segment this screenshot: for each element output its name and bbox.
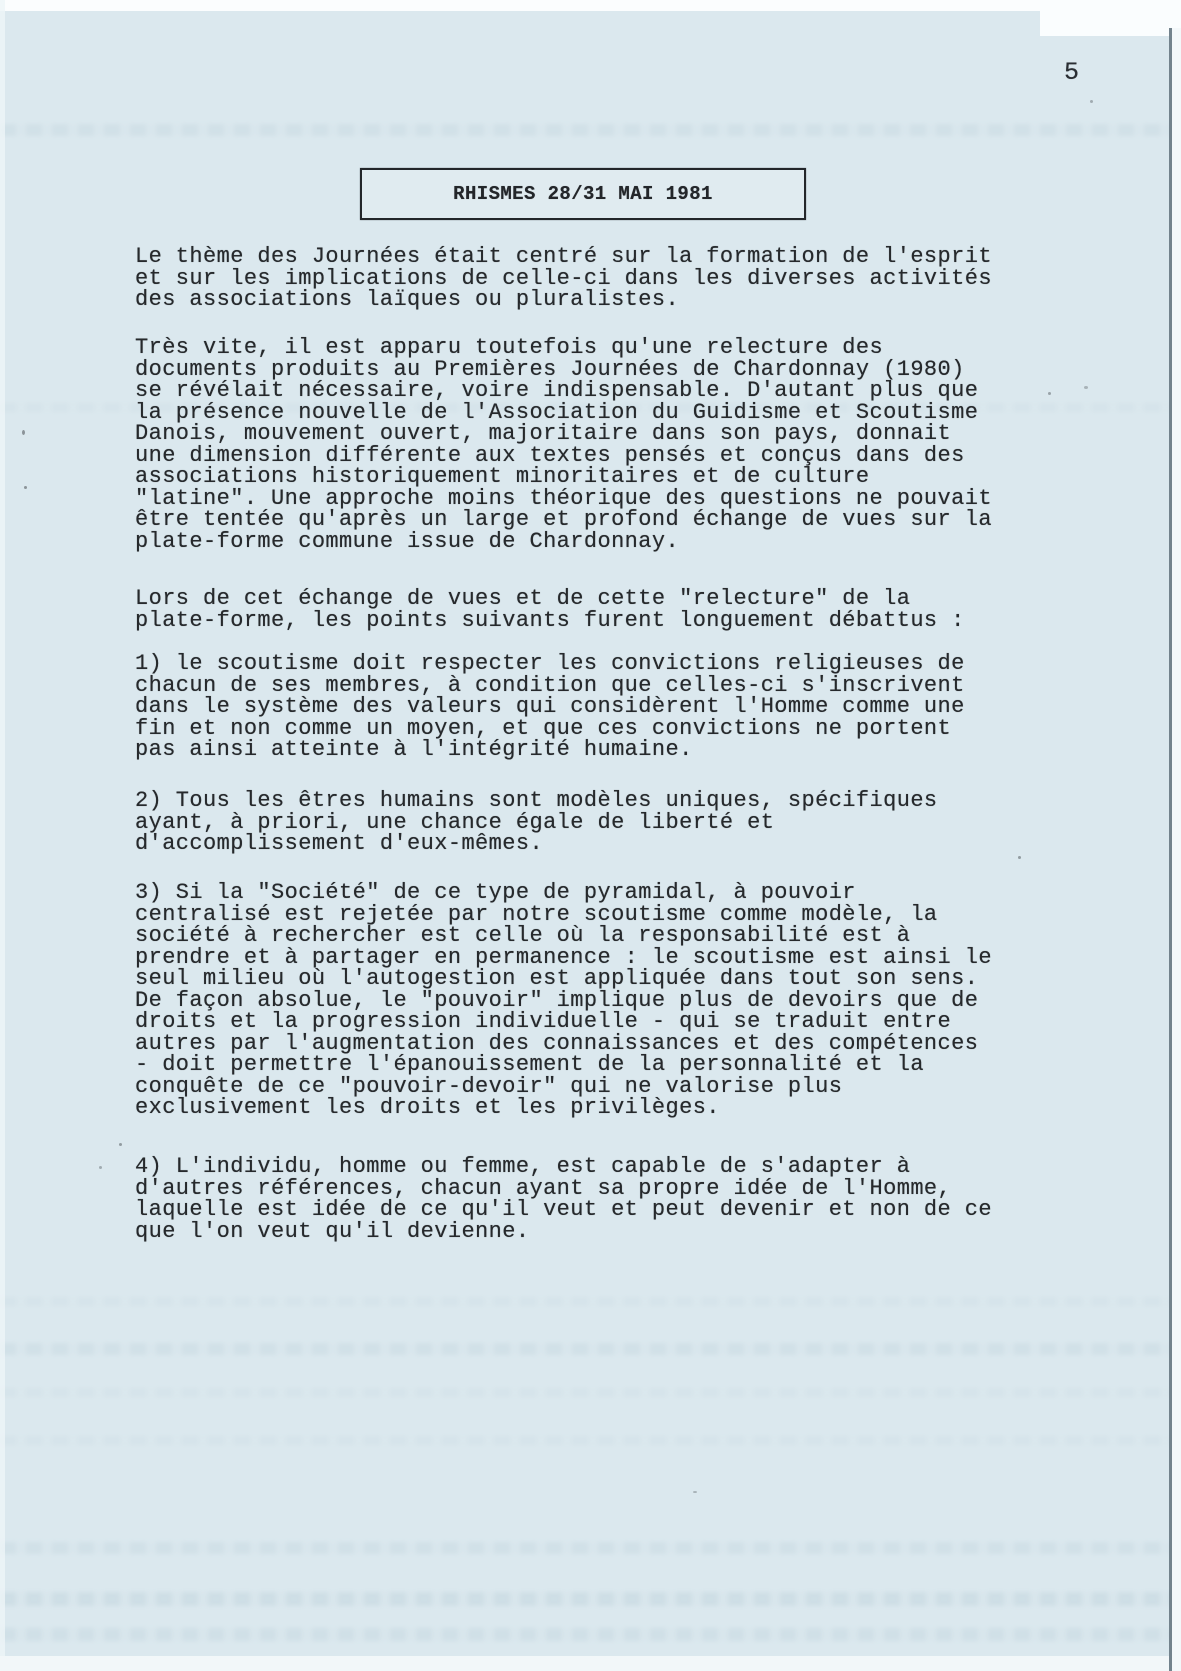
- scan-corner-top-right: [1040, 0, 1181, 36]
- dust-speck: [1018, 856, 1021, 859]
- scan-streak: [0, 1436, 1181, 1445]
- paragraph-point-1: 1) le scoutisme doit respecter les convi…: [135, 653, 1035, 761]
- paragraph-lead-in: Lors de cet échange de vues et de cette …: [135, 588, 1035, 631]
- scan-edge-right-line: [1169, 28, 1172, 1671]
- dust-speck: [1048, 392, 1051, 395]
- scan-streak: [0, 1297, 1181, 1306]
- scan-edge-bottom: [0, 1656, 1181, 1671]
- dust-speck: [693, 1491, 697, 1493]
- scan-streak: [0, 1592, 1181, 1606]
- page-number: 5: [1064, 58, 1079, 87]
- scan-streak: [0, 124, 1181, 136]
- dust-speck: [1084, 386, 1088, 389]
- paragraph-intro: Le thème des Journées était centré sur l…: [135, 246, 1035, 311]
- dust-speck: [22, 430, 25, 435]
- scan-edge-right: [1172, 28, 1181, 1671]
- scan-streak: [0, 1542, 1181, 1554]
- scan-edge-top: [0, 0, 1181, 11]
- document-page: 5 RHISMES 28/31 MAI 1981 Le thème des Jo…: [0, 0, 1181, 1671]
- dust-speck: [119, 1143, 122, 1146]
- scan-streak: [0, 1628, 1181, 1641]
- dust-speck: [99, 1166, 102, 1169]
- document-title: RHISMES 28/31 MAI 1981: [453, 183, 713, 205]
- paragraph-point-4: 4) L'individu, homme ou femme, est capab…: [135, 1156, 1035, 1242]
- scan-streak: [0, 1388, 1181, 1397]
- paragraph-context: Très vite, il est apparu toutefois qu'un…: [135, 337, 1035, 552]
- dust-speck: [24, 486, 27, 489]
- scan-streak: [0, 1343, 1181, 1355]
- scan-edge-left: [0, 0, 5, 1671]
- paragraph-point-2: 2) Tous les êtres humains sont modèles u…: [135, 790, 1035, 855]
- paragraph-point-3: 3) Si la "Société" de ce type de pyramid…: [135, 882, 1035, 1119]
- title-box: RHISMES 28/31 MAI 1981: [360, 168, 806, 220]
- dust-speck: [1090, 100, 1093, 103]
